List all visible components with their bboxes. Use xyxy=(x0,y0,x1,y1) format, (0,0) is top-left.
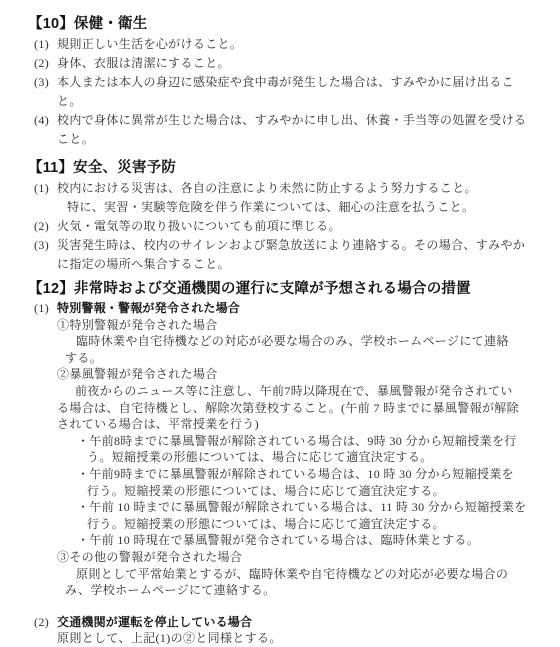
text-line: (1)規則正しい生活を心がけること。 xyxy=(28,35,550,54)
text-line: ②暴風警報が発令された場合 xyxy=(28,366,550,383)
text-line: 前夜からのニュース等に注意し、午前7時以降現在で、暴風警報が発令されてい xyxy=(28,383,550,400)
item-marker: (2) xyxy=(34,54,57,73)
section-safety-disaster-prevention: 【11】安全、災害予防 (1)校内における災害は、各自の注意により未然に防止する… xyxy=(28,158,550,274)
section-heading: 【12】非常時および交通機関の運行に支障が予想される場合の措置 xyxy=(28,279,550,300)
text-line: (4)校内で身体に異常が生じた場合は、すみやかに申し出、休養・手当等の処置を受け… xyxy=(28,111,550,130)
item-marker: (4) xyxy=(34,111,57,130)
text-line: (1)校内における災害は、各自の注意により未然に防止するよう努力すること。 xyxy=(28,179,550,198)
item-marker: (2) xyxy=(34,217,57,236)
item-marker: (2) xyxy=(34,614,57,631)
text-line: 行う。短縮授業の形態については、場合に応じて適宜決定する。 xyxy=(28,516,550,533)
text-line: ・午前 10 時現在で暴風警報が発令されている場合は、臨時休業とする。 xyxy=(28,532,550,549)
text-line: (3)災害発生時は、校内のサイレンおよび緊急放送により連絡する。その場合、すみや… xyxy=(28,236,550,255)
item-marker: (1) xyxy=(34,300,57,317)
text-line: こと。 xyxy=(28,130,550,149)
text-line: に指定の場所へ集合すること。 xyxy=(28,255,550,274)
section-heading: 【11】安全、災害予防 xyxy=(28,158,550,179)
section-body: (1)規則正しい生活を心がけること。(2)身体、衣服は清潔にすること。(3)本人… xyxy=(28,35,550,149)
item-text: 火気・電気等の取り扱いについても前項に準じる。 xyxy=(57,219,341,233)
blank-line xyxy=(28,599,550,614)
text-line: 特に、実習・実験等危険を伴う作業については、細心の注意を払うこと。 xyxy=(28,198,550,217)
text-line: 原則として、上記(1)の②と同様とする。 xyxy=(28,630,550,647)
item-text: 特別警報・警報が発令された場合 xyxy=(57,301,240,315)
text-line: (1)特別警報・警報が発令された場合 xyxy=(28,300,550,317)
text-line: 臨時休業や自宅待機などの対応が必要な場合のみ、学校ホームページにて連絡 xyxy=(28,333,550,350)
text-line: と。 xyxy=(28,92,550,111)
item-text: 規則正しい生活を心がけること。 xyxy=(57,37,242,51)
text-line: する。 xyxy=(28,350,550,367)
text-line: (2)火気・電気等の取り扱いについても前項に準じる。 xyxy=(28,217,550,236)
item-text: 校内における災害は、各自の注意により未然に防止するよう努力すること。 xyxy=(57,181,477,195)
item-marker: (3) xyxy=(34,73,57,92)
item-text: 身体、衣服は清潔にすること。 xyxy=(57,56,230,70)
text-line: う。短縮授業の形態については、場合に応じて適宜決定する。 xyxy=(28,449,550,466)
text-line: (3)本人または本人の身辺に感染症や食中毒が発生した場合は、すみやかに届け出るこ xyxy=(28,73,550,92)
text-line: ・午前 10 時までに暴風警報が解除されている場合は、11 時 30 分から短縮… xyxy=(28,499,550,516)
item-marker: (1) xyxy=(34,179,57,198)
text-line: (2)身体、衣服は清潔にすること。 xyxy=(28,54,550,73)
text-line: ③その他の警報が発令された場合 xyxy=(28,549,550,566)
text-line: ・午前9時までに暴風警報が解除されている場合は、10 時 30 分から短縮授業を xyxy=(28,466,550,483)
text-line: 原則として平常始業とするが、臨時休業や自宅待機などの対応が必要な場合の xyxy=(28,566,550,583)
section-heading: 【10】保健・衛生 xyxy=(28,14,550,35)
section-body: (1)校内における災害は、各自の注意により未然に防止するよう努力すること。特に、… xyxy=(28,179,550,274)
item-text: 災害発生時は、校内のサイレンおよび緊急放送により連絡する。その場合、すみやか xyxy=(57,238,525,252)
item-marker: (1) xyxy=(34,35,57,54)
text-line: み、学校ホームページにて連絡する。 xyxy=(28,582,550,599)
item-marker: (3) xyxy=(34,236,57,255)
item-text: 交通機関が運転を停止している場合 xyxy=(57,615,252,629)
section-emergency-transport-measures: 【12】非常時および交通機関の運行に支障が予想される場合の措置 (1)特別警報・… xyxy=(28,279,550,647)
text-line: されている場合は、平常授業を行う) xyxy=(28,416,550,433)
text-line: ・午前8時までに暴風警報が解除されている場合は、9時 30 分から短縮授業を行 xyxy=(28,433,550,450)
section-body: (1)特別警報・警報が発令された場合①特別警報が発令された場合臨時休業や自宅待機… xyxy=(28,300,550,647)
item-text: 校内で身体に異常が生じた場合は、すみやかに申し出、休養・手当等の処置を受ける xyxy=(57,113,526,127)
text-line: る場合は、自宅待機とし、解除次第登校すること。(午前 7 時までに暴風警報が解除 xyxy=(28,400,550,417)
text-line: 行う。短縮授業の形態については、場合に応じて適宜決定する。 xyxy=(28,483,550,500)
document-page: 【10】保健・衛生 (1)規則正しい生活を心がけること。(2)身体、衣服は清潔に… xyxy=(0,0,560,647)
text-line: ①特別警報が発令された場合 xyxy=(28,317,550,334)
section-health-hygiene: 【10】保健・衛生 (1)規則正しい生活を心がけること。(2)身体、衣服は清潔に… xyxy=(28,14,550,149)
item-text: 本人または本人の身辺に感染症や食中毒が発生した場合は、すみやかに届け出るこ xyxy=(57,75,514,89)
text-line: (2)交通機関が運転を停止している場合 xyxy=(28,614,550,631)
